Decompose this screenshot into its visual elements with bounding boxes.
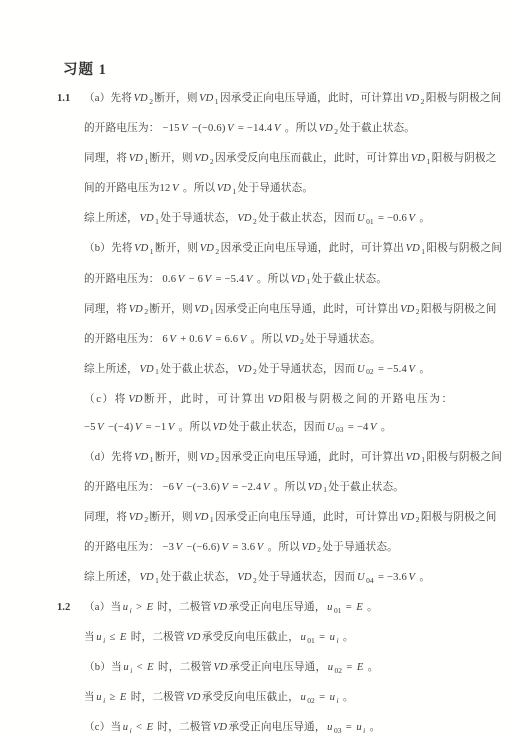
math-variable: VD — [215, 183, 232, 194]
text-run: 的开路电压为： 6 — [84, 334, 168, 345]
text-run: 。所以 — [180, 183, 215, 194]
math-variable: VD — [211, 722, 228, 733]
text-line: 同理，将VD1断开，则VD2因承受反向电压而截止，此时，可计算出VD1阳极与阴极… — [0, 145, 516, 175]
math-variable: V — [220, 542, 229, 553]
text-line: 综上所述，VD1处于截止状态，VD2处于导通状态，因而U04 = −3.6V 。 — [0, 564, 516, 594]
math-variable: VD — [185, 632, 202, 643]
text-run: 时，二极管 — [155, 722, 212, 733]
text-run: 时，二极管 — [155, 662, 212, 673]
text-run: 的开路电压为： 0.6 — [84, 274, 176, 285]
math-variable: VD — [132, 93, 149, 104]
math-variable: V — [176, 274, 185, 285]
math-variable: V — [174, 542, 183, 553]
math-variable: VD — [133, 243, 150, 254]
text-run: 断开，则 — [154, 93, 197, 104]
math-variable: u — [355, 722, 363, 733]
text-run: 断开，则 — [150, 512, 193, 523]
text-run: 断开，则 — [155, 452, 198, 463]
math-variable: VD — [185, 692, 202, 703]
text-run: 因承受正向电压导通，此时，可计算出 — [221, 243, 405, 254]
subscript: 02 — [366, 367, 375, 376]
text-run: 处于截止状态。 — [340, 123, 416, 134]
text-run: −(−3.6) — [184, 482, 221, 493]
text-line: −5V −(−4)V = −1V 。所以VD处于截止状态，因而U03 = −4V… — [0, 414, 516, 444]
text-line: 的开路电压为： −3V −(−6.6)V = 3.6V 。所以VD2处于导通状态… — [0, 534, 516, 564]
text-run: （b）当 — [84, 662, 122, 673]
math-variable: E — [355, 662, 364, 673]
text-run: −(−4) — [105, 422, 133, 433]
text-run: −5 — [84, 422, 96, 433]
item-number: 1.2 — [57, 594, 70, 622]
text-run: 承受正向电压导通， — [229, 662, 326, 673]
math-variable: u — [95, 692, 103, 703]
text-run: + 0.6 — [177, 334, 203, 345]
text-run: 因承受正向电压导通，此时，可计算出 — [215, 512, 399, 523]
math-variable: VD — [193, 153, 210, 164]
text-run: 断开，则 — [155, 243, 198, 254]
text-run: 的开路电压为： −6 — [84, 482, 174, 493]
text-line: （b）当ui < E 时，二极管VD承受正向电压导通，u02 = E 。 — [0, 654, 516, 684]
math-variable: V — [96, 422, 105, 433]
math-variable: V — [203, 334, 212, 345]
subscript: 01 — [307, 636, 316, 645]
text-line: 当ui ≥ E 时，二极管VD承受反向电压截止，u02 = ui 。 — [0, 684, 516, 714]
math-variable: V — [180, 123, 189, 134]
math-variable: V — [238, 334, 247, 345]
math-variable: VD — [127, 153, 144, 164]
text-run: （c）将 — [84, 394, 127, 405]
item-number: 1.1 — [57, 85, 70, 113]
text-line: 综上所述，VD1处于导通状态，VD2处于截止状态，因而U01 = −0.6V 。 — [0, 205, 516, 235]
text-run: 时，二极管 — [128, 632, 185, 643]
math-variable: u — [95, 632, 103, 643]
text-run: 处于导通状态， — [160, 213, 236, 224]
text-run: 综上所述， — [84, 572, 138, 583]
math-variable: VD — [198, 452, 215, 463]
text-line: 间的开路电压为12V 。所以VD1处于导通状态。 — [0, 175, 516, 205]
text-run: （a）先将 — [84, 93, 132, 104]
math-variable: V — [133, 422, 142, 433]
math-variable: VD — [138, 572, 155, 583]
text-run: < — [133, 722, 145, 733]
text-line: 1.1（a）先将VD2断开，则VD1因承受正向电压导通，此时，可计算出VD2阳极… — [0, 85, 516, 115]
text-run: = — [316, 692, 328, 703]
text-run: 承受反向电压截止， — [202, 632, 299, 643]
text-run: = −0.6 — [375, 213, 407, 224]
text-run: = — [343, 722, 355, 733]
text-run: 断开，则 — [150, 153, 193, 164]
math-variable: V — [226, 123, 235, 134]
text-run: > — [133, 602, 145, 613]
math-variable: u — [326, 722, 334, 733]
math-variable: VD — [138, 364, 155, 375]
subscript: 02 — [335, 666, 344, 675]
text-run: 处于截止状态， — [160, 364, 236, 375]
text-run: 。 — [378, 422, 392, 433]
math-variable: V — [261, 482, 270, 493]
math-variable: VD — [211, 422, 228, 433]
text-run: （b）先将 — [84, 243, 133, 254]
text-run: 。所以 — [254, 274, 289, 285]
text-run: 。 — [365, 662, 379, 673]
text-run: 综上所述， — [84, 213, 138, 224]
text-run: = −5.4 — [213, 274, 245, 285]
math-variable: u — [121, 602, 129, 613]
page-title: 习题 1 — [63, 58, 107, 79]
doc-content: 1.1（a）先将VD2断开，则VD1因承受正向电压导通，此时，可计算出VD2阳极… — [0, 85, 516, 740]
math-variable: u — [326, 602, 334, 613]
math-variable: VD — [236, 572, 253, 583]
text-run: 阳极与阴极之间 — [421, 512, 497, 523]
math-variable: V — [174, 482, 183, 493]
text-run: −(−0.6) — [189, 123, 226, 134]
math-variable: U — [355, 572, 366, 583]
text-run: 承受正向电压导通， — [229, 722, 326, 733]
text-run: 时，二极管 — [128, 692, 185, 703]
text-line: （b）先将VD1断开，则VD2因承受正向电压导通，此时，可计算出VD1阳极与阴极… — [0, 235, 516, 265]
math-variable: VD — [404, 93, 421, 104]
math-variable: VD — [198, 93, 215, 104]
text-run: 阳极与阴极之间 — [421, 304, 497, 315]
math-variable: VD — [198, 243, 215, 254]
text-run: 的开路电压为： −3 — [84, 542, 174, 553]
document-page: 习题 1 1.1（a）先将VD2断开，则VD1因承受正向电压导通，此时，可计算出… — [0, 0, 516, 740]
text-run: 。 — [340, 692, 354, 703]
text-line: 同理，将VD2断开，则VD1因承受正向电压导通，此时，可计算出VD2阳极与阴极之… — [0, 504, 516, 534]
math-variable: VD — [266, 394, 283, 405]
math-variable: E — [146, 662, 155, 673]
math-variable: VD — [409, 153, 426, 164]
text-run: < — [134, 662, 146, 673]
text-run: = −1 — [143, 422, 167, 433]
math-variable: VD — [317, 123, 334, 134]
math-variable: VD — [399, 512, 416, 523]
text-run: 。 — [367, 722, 381, 733]
math-variable: U — [355, 364, 366, 375]
subscript: 02 — [307, 696, 316, 705]
text-run: 承受反向电压截止， — [202, 692, 299, 703]
math-variable: V — [171, 183, 180, 194]
math-variable: VD — [211, 602, 228, 613]
text-run: 因承受正向电压导通，此时，可计算出 — [221, 452, 405, 463]
text-run: （a）当 — [84, 602, 121, 613]
math-variable: E — [118, 692, 127, 703]
math-variable: VD — [193, 512, 210, 523]
math-variable: VD — [127, 512, 144, 523]
text-run: 阳极与阴极之间 — [426, 452, 502, 463]
text-run: 当 — [84, 632, 95, 643]
text-run: 处于截止状态。 — [329, 482, 405, 493]
math-variable: V — [272, 123, 281, 134]
text-run: 因承受反向电压而截止，此时，可计算出 — [215, 153, 409, 164]
math-variable: VD — [283, 334, 300, 345]
math-variable: V — [244, 274, 253, 285]
text-run: 。所以 — [248, 334, 283, 345]
text-run: 。所以 — [176, 422, 211, 433]
text-run: 。 — [340, 632, 354, 643]
subscript: 03 — [336, 425, 345, 434]
math-variable: VD — [404, 243, 421, 254]
math-variable: VD — [212, 662, 229, 673]
text-run: 同理，将 — [84, 512, 127, 523]
math-variable: VD — [127, 394, 144, 405]
text-run: 同理，将 — [84, 153, 127, 164]
text-run: 阳极与阴极之间 — [426, 93, 502, 104]
text-run: 处于截止状态， — [160, 572, 236, 583]
text-run: 。 — [416, 213, 430, 224]
text-run: = −2.4 — [230, 482, 262, 493]
text-run: ≤ — [107, 632, 119, 643]
text-line: 的开路电压为： −6V −(−3.6)V = −2.4V 。所以VD1处于截止状… — [0, 474, 516, 504]
text-run: 断开，则 — [150, 304, 193, 315]
math-variable: VD — [133, 452, 150, 463]
text-run: 处于导通状态，因而 — [258, 364, 355, 375]
text-run: （d）先将 — [84, 452, 133, 463]
math-variable: u — [122, 662, 130, 673]
math-variable: V — [369, 422, 378, 433]
text-run: 阳极与阴极之间 — [426, 243, 502, 254]
text-line: 当ui ≤ E 时，二极管VD承受反向电压截止，u01 = ui 。 — [0, 624, 516, 654]
text-run: = −14.4 — [235, 123, 272, 134]
text-run: = 3.6 — [230, 542, 256, 553]
text-run: （c）当 — [84, 722, 121, 733]
math-variable: VD — [236, 213, 253, 224]
text-run: = −4 — [345, 422, 369, 433]
math-variable: VD — [306, 482, 323, 493]
math-variable: VD — [399, 304, 416, 315]
math-variable: V — [220, 482, 229, 493]
text-run: 因承受正向电压导通，此时，可计算出 — [215, 304, 399, 315]
text-run: 。所以 — [271, 482, 306, 493]
text-run: 的开路电压为： −15 — [84, 123, 180, 134]
math-variable: E — [355, 602, 364, 613]
text-run: = −3.6 — [375, 572, 407, 583]
text-run: 间的开路电压为12 — [84, 183, 171, 194]
math-variable: VD — [127, 304, 144, 315]
text-run: 因承受正向电压导通，此时，可计算出 — [220, 93, 404, 104]
text-run: 处于截止状态，因而 — [228, 422, 325, 433]
text-line: （d）先将VD1断开，则VD2因承受正向电压导通，此时，可计算出VD1阳极与阴极… — [0, 444, 516, 474]
text-run: 。 — [416, 572, 430, 583]
text-run: = — [316, 632, 328, 643]
math-variable: VD — [300, 542, 317, 553]
text-run: 断开，此时，可计算出 — [144, 394, 266, 405]
math-variable: V — [166, 422, 175, 433]
text-run: 综上所述， — [84, 364, 138, 375]
text-run: 阳极与阴极之 — [432, 153, 497, 164]
text-run: = — [344, 662, 356, 673]
text-run: 。所以 — [282, 123, 317, 134]
text-run: ≥ — [107, 692, 119, 703]
text-run: 。 — [364, 602, 378, 613]
text-run: −(−6.6) — [184, 542, 221, 553]
text-run: 处于导通状态。 — [322, 542, 398, 553]
math-variable: V — [255, 542, 264, 553]
math-variable: VD — [138, 213, 155, 224]
text-run: = 6.6 — [213, 334, 239, 345]
text-run: 处于导通状态，因而 — [258, 572, 355, 583]
text-run: 阳极与阴极之间的开路电压为： — [283, 394, 454, 405]
subscript: 01 — [334, 606, 343, 615]
text-run: 。所以 — [265, 542, 300, 553]
text-run: = −5.4 — [375, 364, 407, 375]
text-run: = — [343, 602, 355, 613]
text-line: 的开路电压为： −15V −(−0.6)V = −14.4V 。所以VD2处于截… — [0, 115, 516, 145]
text-line: 综上所述，VD1处于截止状态，VD2处于导通状态，因而U02 = −5.4V 。 — [0, 356, 516, 386]
math-variable: VD — [236, 364, 253, 375]
text-line: （c）当ui < E 时，二极管VD承受正向电压导通，u03 = ui 。 — [0, 714, 516, 740]
math-variable: U — [355, 213, 366, 224]
text-run: 处于导通状态。 — [305, 334, 381, 345]
math-variable: V — [203, 274, 212, 285]
math-variable: u — [121, 722, 129, 733]
subscript: 01 — [366, 217, 375, 226]
text-run: 承受正向电压导通， — [229, 602, 326, 613]
text-run: 同理，将 — [84, 304, 127, 315]
subscript: 03 — [334, 726, 343, 735]
text-run: 处于导通状态。 — [238, 183, 314, 194]
math-variable: u — [326, 662, 334, 673]
text-run: 当 — [84, 692, 95, 703]
text-line: 的开路电压为： 0.6V − 6V = −5.4V 。所以VD1处于截止状态。 — [0, 266, 516, 296]
subscript: 04 — [366, 576, 375, 585]
text-run: 处于截止状态。 — [312, 274, 388, 285]
text-run: 处于截止状态，因而 — [258, 213, 355, 224]
math-variable: E — [145, 602, 154, 613]
math-variable: U — [325, 422, 336, 433]
text-run: 时，二极管 — [155, 602, 212, 613]
text-line: 的开路电压为： 6V + 0.6V = 6.6V 。所以VD2处于导通状态。 — [0, 326, 516, 356]
text-line: 1.2（a）当ui > E 时，二极管VD承受正向电压导通，u01 = E 。 — [0, 594, 516, 624]
math-variable: E — [145, 722, 154, 733]
text-line: （c）将VD断开，此时，可计算出VD阳极与阴极之间的开路电压为： — [0, 386, 516, 414]
math-variable: E — [118, 632, 127, 643]
math-variable: VD — [193, 304, 210, 315]
text-run: 。 — [416, 364, 430, 375]
text-run: − 6 — [186, 274, 203, 285]
math-variable: V — [168, 334, 177, 345]
text-line: 同理，将VD2断开，则VD1因承受正向电压导通，此时，可计算出VD2阳极与阴极之… — [0, 296, 516, 326]
math-variable: VD — [404, 452, 421, 463]
math-variable: VD — [289, 274, 306, 285]
